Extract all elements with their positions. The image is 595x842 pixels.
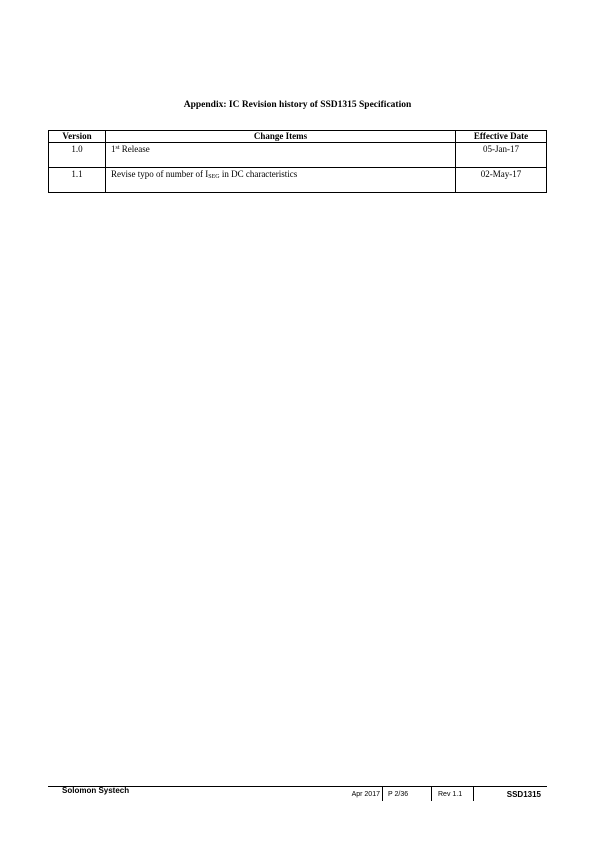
column-header-effective-date: Effective Date	[456, 131, 547, 143]
change-text: Revise typo of number of I	[111, 169, 208, 179]
footer-date: Apr 2017	[340, 787, 380, 801]
version-cell: 1.0	[49, 143, 106, 168]
column-header-version: Version	[49, 131, 106, 143]
change-text: Release	[120, 144, 150, 154]
column-header-change-items: Change Items	[106, 131, 456, 143]
footer-separator	[382, 787, 383, 801]
revision-history-table: Version Change Items Effective Date 1.0 …	[48, 130, 547, 193]
change-items-cell: Revise typo of number of ISEG in DC char…	[106, 168, 456, 193]
table-row: 1.0 1st Release 05-Jan-17	[49, 143, 547, 168]
change-subscript: SEG	[208, 174, 219, 180]
change-text: in DC characteristics	[220, 169, 298, 179]
effective-date-cell: 05-Jan-17	[456, 143, 547, 168]
footer-company: Solomon Systech	[62, 786, 129, 795]
table-row: 1.1 Revise typo of number of ISEG in DC …	[49, 168, 547, 193]
footer-separator	[431, 787, 432, 801]
table-header-row: Version Change Items Effective Date	[49, 131, 547, 143]
page-title: Appendix: IC Revision history of SSD1315…	[0, 100, 595, 110]
effective-date-cell: 02-May-17	[456, 168, 547, 193]
change-items-cell: 1st Release	[106, 143, 456, 168]
footer-separator	[473, 787, 474, 801]
footer-page-number: P 2/36	[388, 787, 428, 801]
footer-revision: Rev 1.1	[438, 787, 474, 801]
version-cell: 1.1	[49, 168, 106, 193]
footer-part-number: SSD1315	[480, 787, 541, 801]
